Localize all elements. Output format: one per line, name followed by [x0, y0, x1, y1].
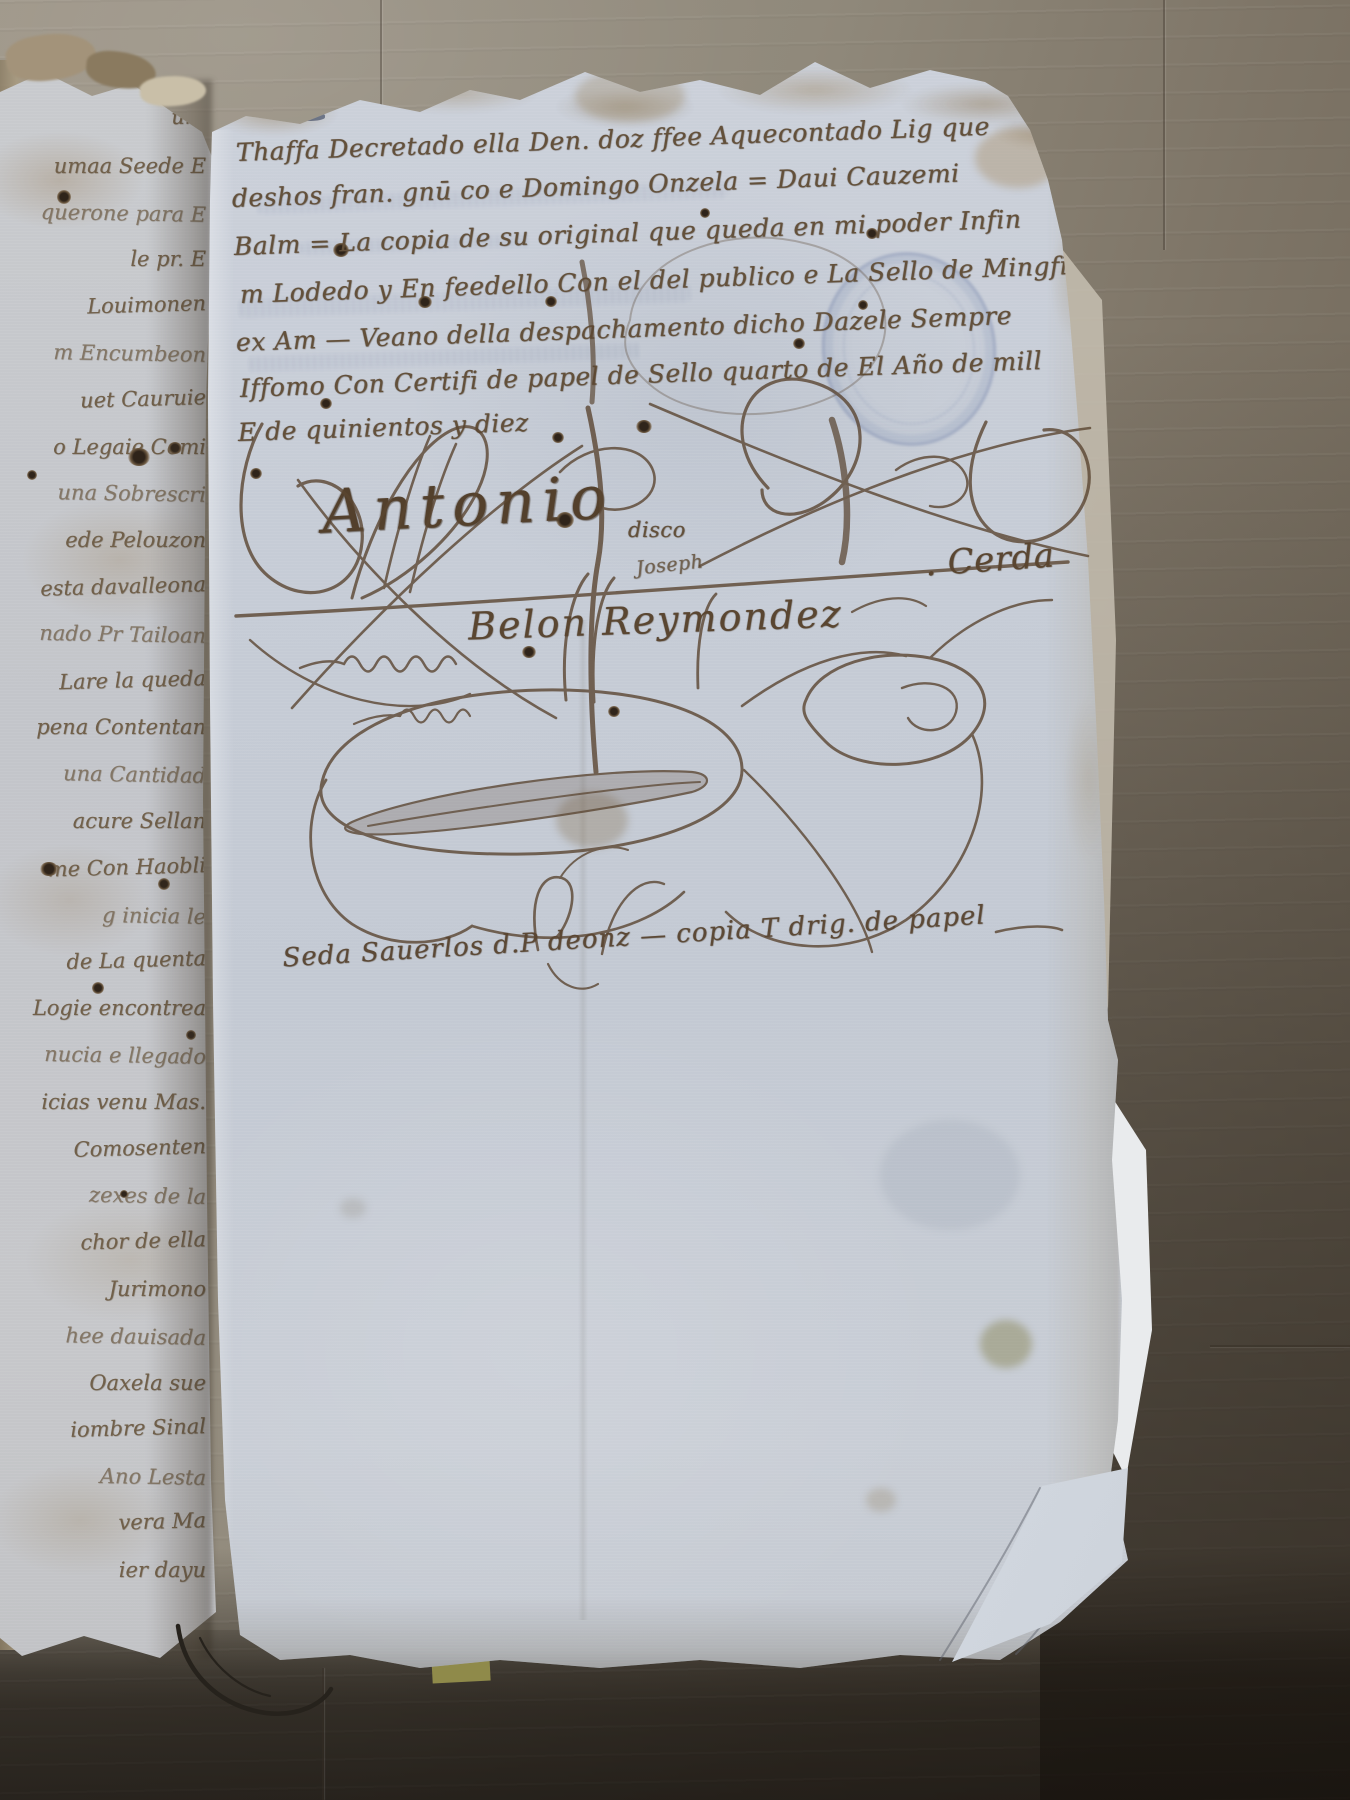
rubric-flourishes	[0, 0, 1350, 1800]
binding-thread	[178, 1626, 331, 1714]
manuscript-photo: unſ umaa Seede E querone para E le pr. E…	[0, 0, 1350, 1800]
